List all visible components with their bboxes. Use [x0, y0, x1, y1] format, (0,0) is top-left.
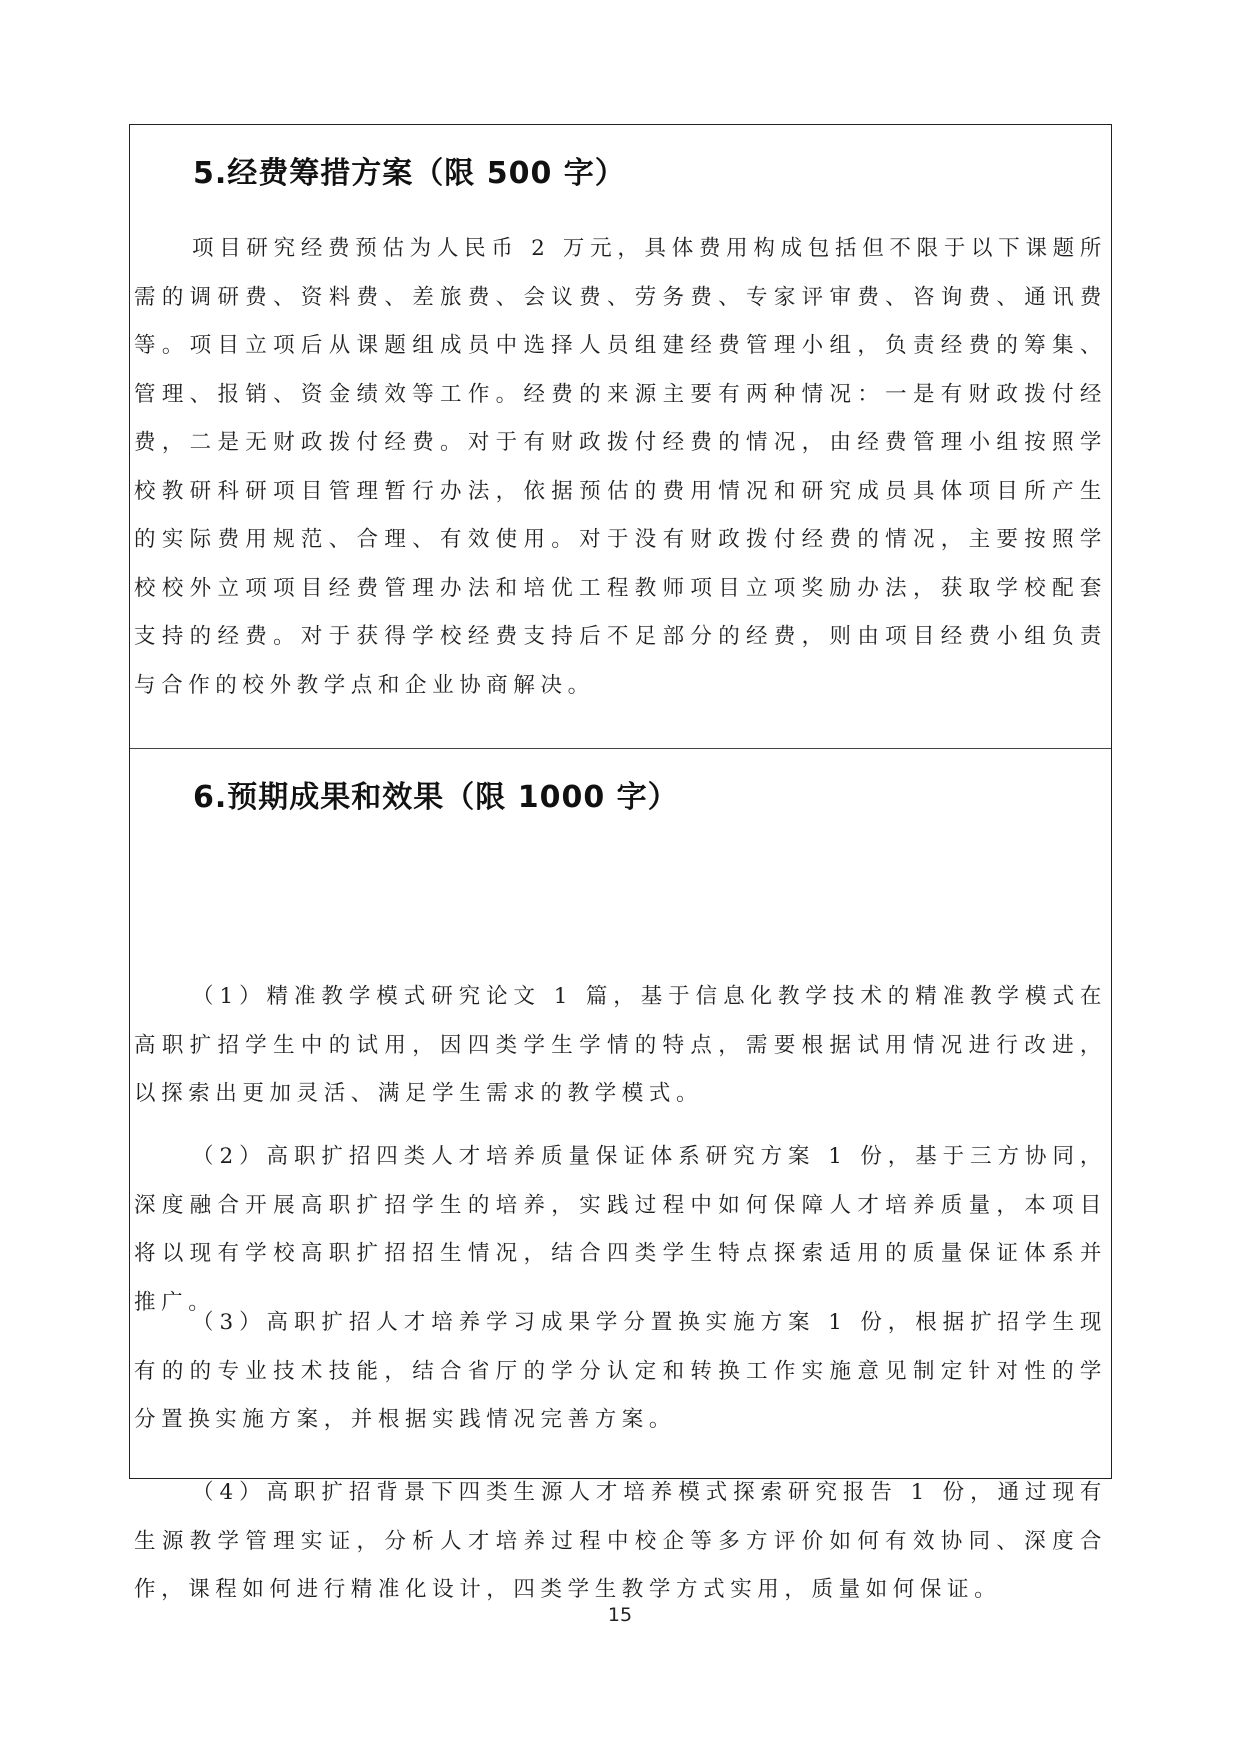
section-funding-plan: 5.经费筹措方案（限 500 字） 项目研究经费预估为人民币 2 万元，具体费用…	[130, 125, 1111, 749]
page-number: 15	[0, 1604, 1240, 1626]
paragraph: 项目研究经费预估为人民币 2 万元，具体费用构成包括但不限于以下课题所需的调研费…	[134, 225, 1107, 710]
form-table: 5.经费筹措方案（限 500 字） 项目研究经费预估为人民币 2 万元，具体费用…	[129, 124, 1112, 1479]
paragraph: （1）精准教学模式研究论文 1 篇，基于信息化教学技术的精准教学模式在高职扩招学…	[134, 973, 1107, 1119]
paragraph: （3）高职扩招人才培养学习成果学分置换实施方案 1 份，根据扩招学生现有的的专业…	[134, 1299, 1107, 1445]
paragraph: （2）高职扩招四类人才培养质量保证体系研究方案 1 份，基于三方协同，深度融合开…	[134, 1133, 1107, 1327]
paragraph: （4）高职扩招背景下四类生源人才培养模式探索研究报告 1 份，通过现有生源教学管…	[134, 1469, 1107, 1615]
section-expected-results: 6.预期成果和效果（限 1000 字） （1）精准教学模式研究论文 1 篇，基于…	[130, 749, 1111, 1480]
section-title: 5.经费筹措方案（限 500 字）	[193, 159, 626, 189]
section-title: 6.预期成果和效果（限 1000 字）	[193, 783, 679, 813]
